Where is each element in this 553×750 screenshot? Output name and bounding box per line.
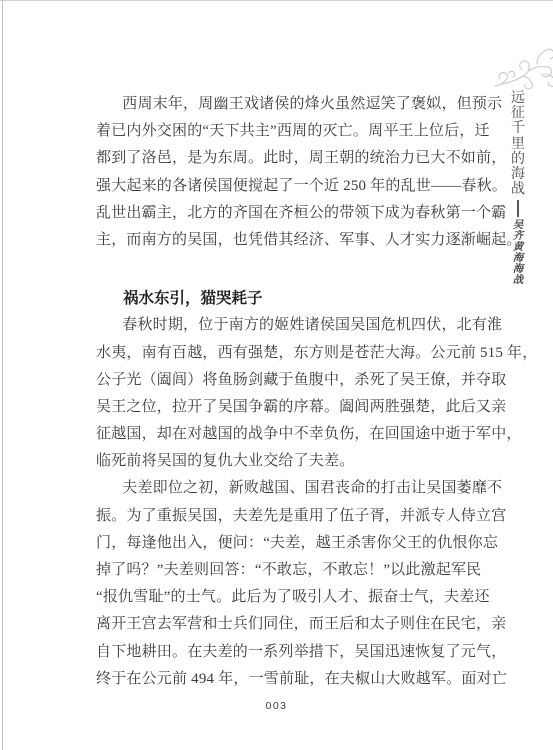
side-title-main-char: 海 (511, 167, 525, 182)
text-line: 强大起来的各诸侯国便搅起了一个近 250 年的乱世——春秋。 (96, 173, 473, 200)
side-title-main-char: 千 (511, 121, 525, 136)
paragraph: 西周末年，周幽王戏诸侯的烽火虽然逗笑了褒姒，但预示着已内外交困的“天下共主”西周… (96, 91, 473, 254)
cloud-scroll-ornament-icon (493, 30, 553, 96)
text-line: 夫差即位之初，新败越国、国君丧命的打击让吴国萎靡不 (96, 475, 473, 502)
text-line: 着已内外交困的“天下共主”西周的灭亡。周平王上位后，迁 (96, 118, 473, 145)
text-line: 临死前将吴国的复仇大业交给了夫差。 (96, 448, 473, 475)
section-heading: 祸水东引，猫哭耗子 (96, 285, 473, 312)
text-line: 振。为了重振吴国，夫差先是重用了伍子胥，并派专人侍立宫 (96, 503, 473, 530)
page-edge-left (2, 0, 3, 750)
text-line: 终于在公元前 494 年，一雪前耻，在夫椒山大败越军。面对亡 (96, 666, 473, 693)
text-line: “报仇雪耻”的士气。此后为了吸引人才、振奋士气，夫差还 (96, 584, 473, 611)
side-title-sub-char: 战 (513, 275, 524, 286)
text-line: 公子光（阖闾）将鱼肠剑藏于鱼腹中，杀死了吴王僚，并夺取 (96, 367, 473, 394)
side-title-sub-char: 海 (513, 253, 524, 264)
paragraph: 夫差即位之初，新败越国、国君丧命的打击让吴国萎靡不振。为了重振吴国，夫差先是重用… (96, 475, 473, 693)
side-title-sub-char: 海 (513, 264, 524, 275)
side-title-dash (517, 200, 518, 217)
text-line: 春秋时期，位于南方的姬姓诸侯国吴国危机四伏，北有淮 (96, 312, 473, 339)
text-line: 自下地耕田。在夫差的一系列举措下，吴国迅速恢复了元气， (96, 639, 473, 666)
text-line: 门，每逢他出入，便问：“夫差，越王杀害你父王的仇恨你忘 (96, 530, 473, 557)
text-line: 都到了洛邑，是为东周。此时，周王朝的统治力已大不如前， (96, 145, 473, 172)
text-line: 乱世出霸主，北方的齐国在齐桓公的带领下成为春秋第一个霸 (96, 200, 473, 227)
side-title-main-char: 里 (511, 137, 525, 152)
text-line: 离开王宫去军营和士兵们同住，而王后和太子则住在民宅，亲 (96, 611, 473, 638)
body-text: 西周末年，周幽王戏诸侯的烽火虽然逗笑了褒姒，但预示着已内外交困的“天下共主”西周… (96, 91, 473, 693)
page-number: 003 (0, 700, 553, 712)
paragraph: 春秋时期，位于南方的姬姓诸侯国吴国危机四伏，北有淮水夷，南有百越，西有强楚，东方… (96, 312, 473, 475)
side-title-main-char: 战 (511, 182, 525, 197)
side-title: 远征千里的海战吴齐黄海海战 (505, 91, 531, 286)
book-page: 远征千里的海战吴齐黄海海战 西周末年，周幽王戏诸侯的烽火虽然逗笑了褒姒，但预示着… (0, 0, 553, 750)
page-edge-top (0, 0, 553, 1)
text-line: 水夷，南有百越，西有强楚，东方则是苍茫大海。公元前 515 年， (96, 340, 473, 367)
side-title-main-char: 远 (511, 91, 525, 106)
text-line: 主，而南方的吴国，也凭借其经济、军事、人才实力逐渐崛起。 (96, 227, 473, 254)
text-line: 掉了吗？”夫差则回答：“不敢忘，不敢忘！”以此激起军民 (96, 557, 473, 584)
side-title-main-char: 的 (511, 152, 525, 167)
side-title-main-char: 征 (511, 106, 525, 121)
text-line: 吴王之位，拉开了吴国争霸的序幕。阖闾两胜强楚，此后又亲 (96, 394, 473, 421)
text-line: 征越国，却在对越国的战争中不幸负伤，在回国途中逝于军中， (96, 421, 473, 448)
side-title-sub-char: 吴 (513, 220, 524, 231)
text-line: 西周末年，周幽王戏诸侯的烽火虽然逗笑了褒姒，但预示 (96, 91, 473, 118)
